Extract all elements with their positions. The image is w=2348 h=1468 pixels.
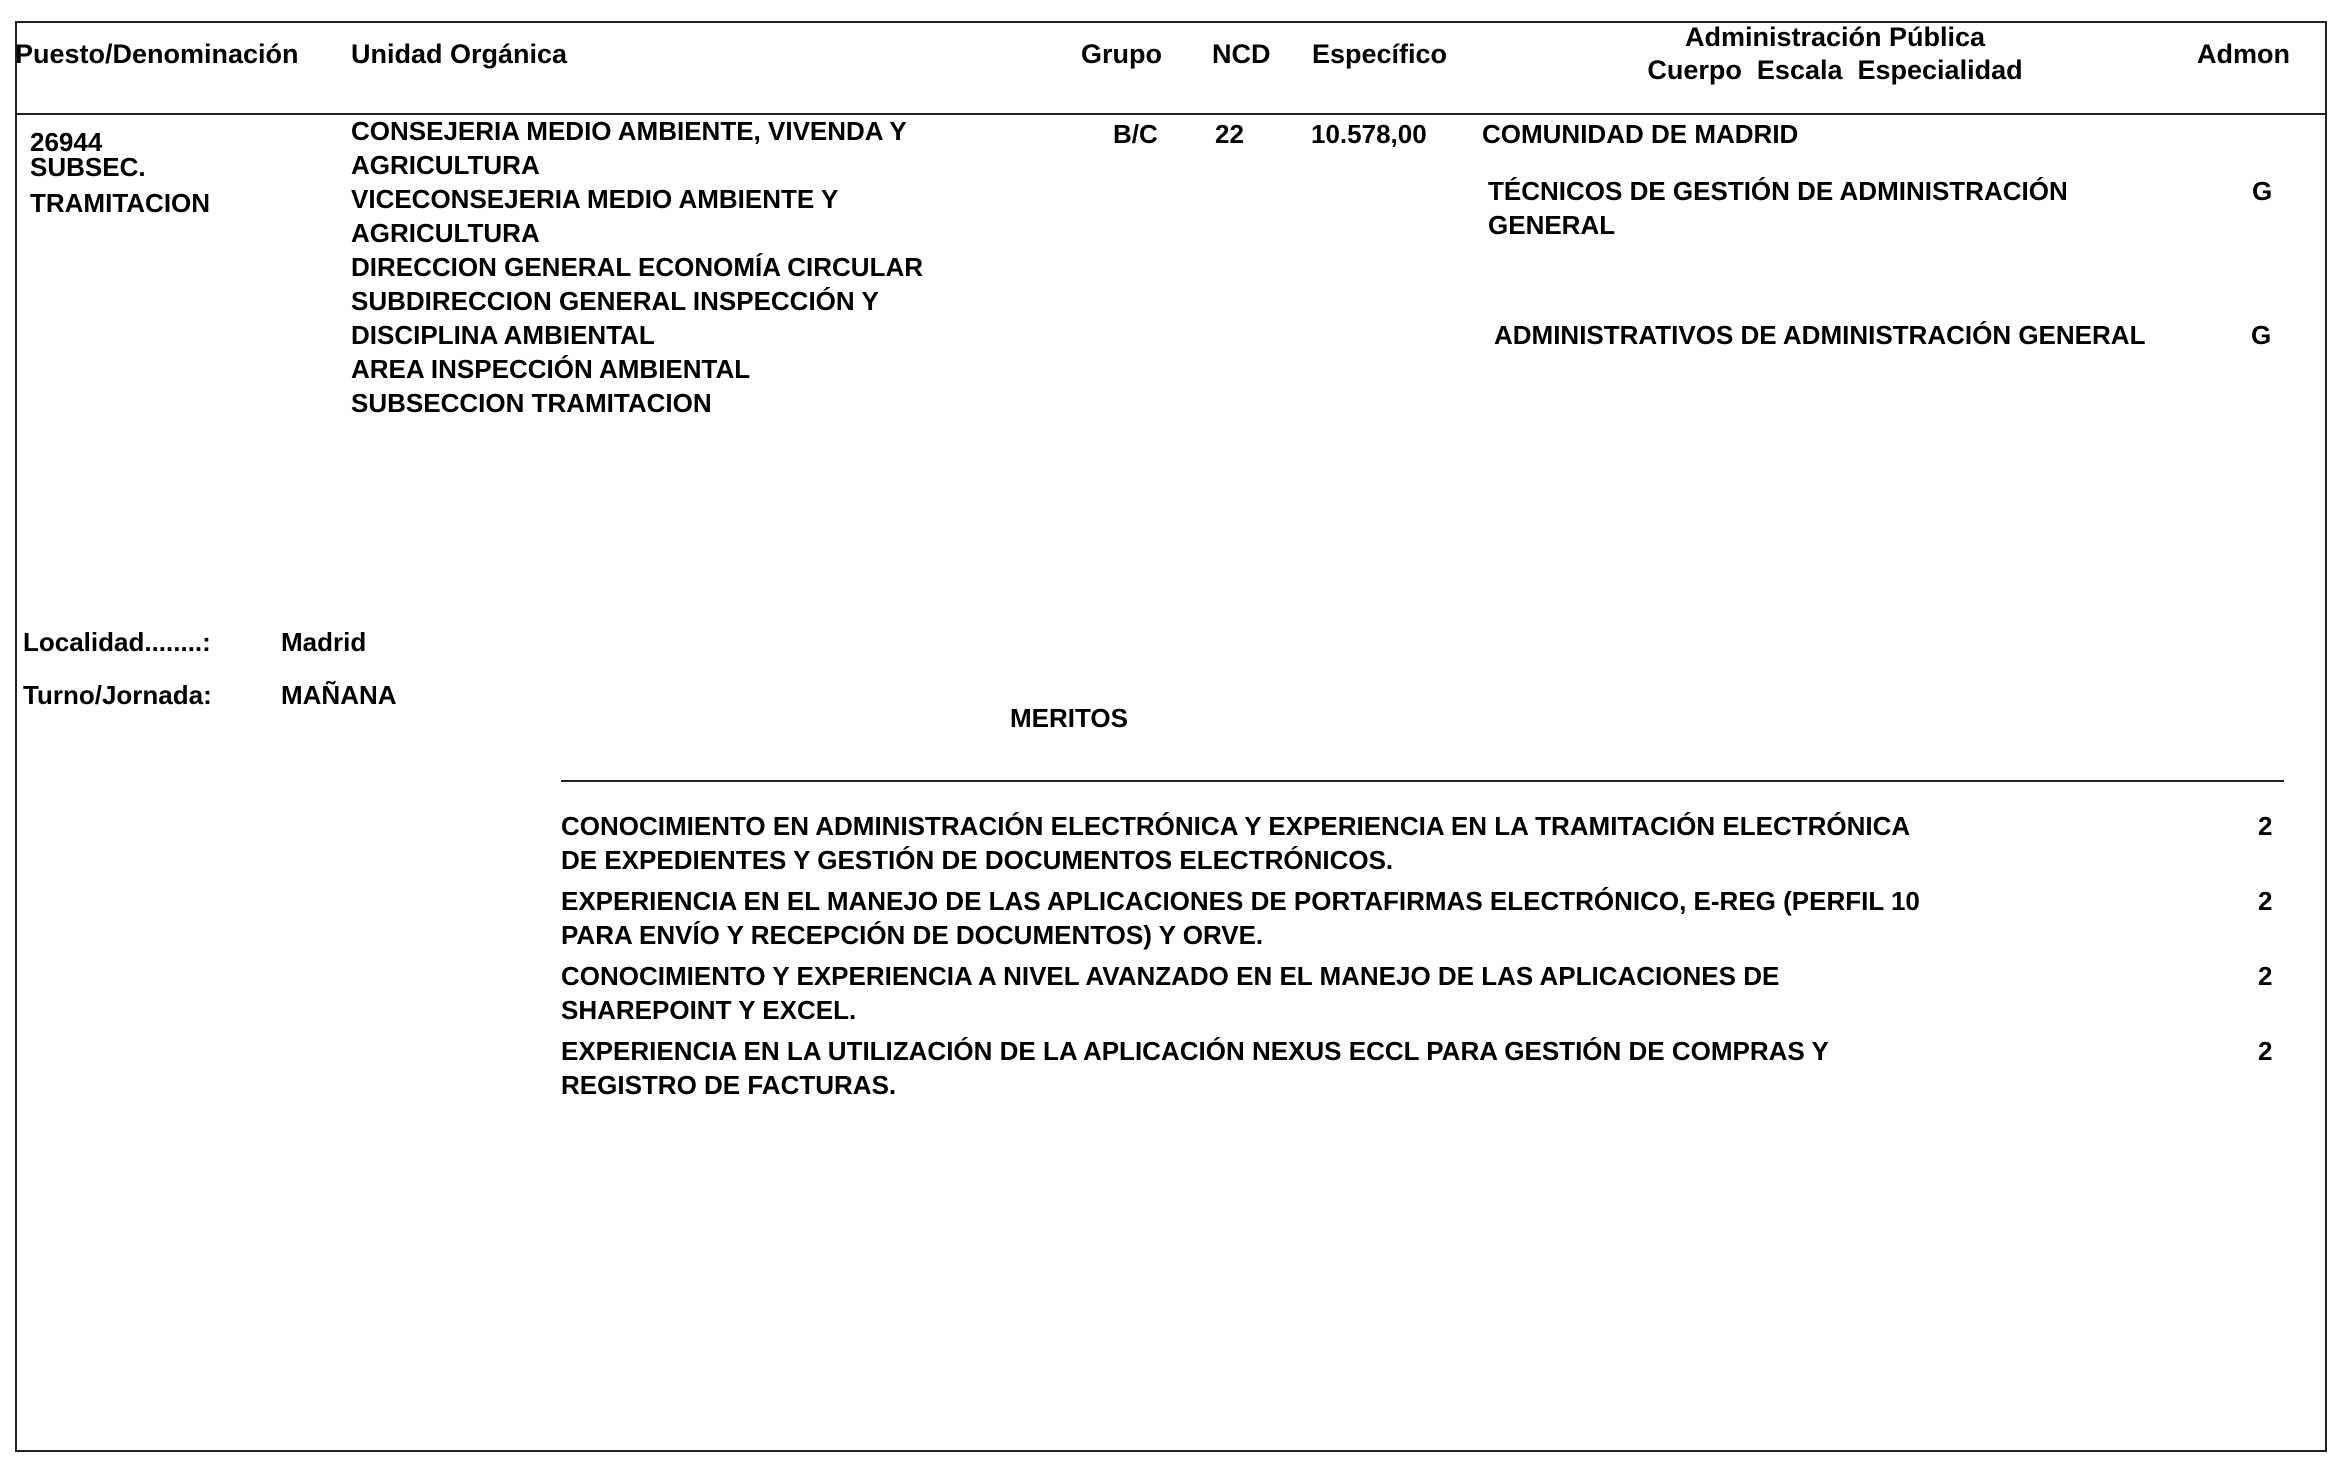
turno-value: MAÑANA — [281, 682, 397, 708]
unidad-organica-line: AREA INSPECCIÓN AMBIENTAL — [351, 352, 923, 386]
cuerpo-1-admon: G — [2252, 178, 2272, 204]
merito-text-line1: EXPERIENCIA EN LA UTILIZACIÓN DE LA APLI… — [561, 1034, 2121, 1068]
header-unidad-organica: Unidad Orgánica — [351, 41, 567, 68]
header-especifico: Específico — [1312, 41, 1447, 68]
localidad-value: Madrid — [281, 629, 366, 655]
merito-text-line2: SHAREPOINT Y EXCEL. — [561, 993, 2121, 1027]
header-ncd: NCD — [1212, 41, 1271, 68]
cuerpo-2-line1: ADMINISTRATIVOS DE ADMINISTRACIÓN GENERA… — [1494, 322, 2145, 348]
merito-text-line2: REGISTRO DE FACTURAS. — [561, 1068, 2121, 1102]
turno-label: Turno/Jornada: — [23, 682, 212, 708]
puesto-denominacion-line1: SUBSEC. — [30, 154, 146, 180]
merito-points: 2 — [2258, 1034, 2272, 1068]
administracion-value: COMUNIDAD DE MADRID — [1482, 121, 1798, 147]
header-cuerpo-escala-especialidad-text: Cuerpo Escala Especialidad — [1647, 55, 2022, 85]
header-administracion-publica: Administración Pública — [1635, 24, 2035, 51]
merito-text-line2: DE EXPEDIENTES Y GESTIÓN DE DOCUMENTOS E… — [561, 843, 2121, 877]
merito-text-line2: PARA ENVÍO Y RECEPCIÓN DE DOCUMENTOS) Y … — [561, 918, 2121, 952]
header-admon: Admon — [2197, 41, 2290, 68]
merito-points: 2 — [2258, 884, 2272, 918]
unidad-organica-line: CONSEJERIA MEDIO AMBIENTE, VIVENDA Y — [351, 114, 923, 148]
cuerpo-2-admon: G — [2251, 322, 2271, 348]
merito-text-line1: CONOCIMIENTO Y EXPERIENCIA A NIVEL AVANZ… — [561, 959, 2121, 993]
header-cuerpo-escala-especialidad: Cuerpo Escala Especialidad — [1635, 57, 2035, 84]
merito-item: EXPERIENCIA EN EL MANEJO DE LAS APLICACI… — [561, 884, 2121, 952]
ncd-value: 22 — [1215, 121, 1244, 147]
merito-item: CONOCIMIENTO EN ADMINISTRACIÓN ELECTRÓNI… — [561, 809, 2121, 877]
grupo-value: B/C — [1113, 121, 1158, 147]
localidad-label: Localidad........: — [23, 629, 211, 655]
merito-item: CONOCIMIENTO Y EXPERIENCIA A NIVEL AVANZ… — [561, 959, 2121, 1027]
cuerpo-1-line2: GENERAL — [1488, 212, 1615, 238]
unidad-organica-line: AGRICULTURA — [351, 216, 923, 250]
merito-points: 2 — [2258, 809, 2272, 843]
meritos-title: MERITOS — [1010, 705, 1128, 731]
unidad-organica-line: AGRICULTURA — [351, 148, 923, 182]
meritos-separator — [561, 780, 2284, 782]
cuerpo-1-line1: TÉCNICOS DE GESTIÓN DE ADMINISTRACIÓN — [1488, 178, 2068, 204]
header-puesto: Puesto/Denominación — [15, 41, 299, 68]
unidad-organica-line: SUBDIRECCION GENERAL INSPECCIÓN Y — [351, 284, 923, 318]
unidad-organica-line: DIRECCION GENERAL ECONOMÍA CIRCULAR — [351, 250, 923, 284]
especifico-value: 10.578,00 — [1311, 121, 1427, 147]
unidad-organica-line: DISCIPLINA AMBIENTAL — [351, 318, 923, 352]
unidad-organica-list: CONSEJERIA MEDIO AMBIENTE, VIVENDA Y AGR… — [351, 114, 923, 420]
merito-item: EXPERIENCIA EN LA UTILIZACIÓN DE LA APLI… — [561, 1034, 2121, 1102]
puesto-denominacion-line2: TRAMITACION — [30, 190, 210, 216]
merito-points: 2 — [2258, 959, 2272, 993]
merito-text-line1: CONOCIMIENTO EN ADMINISTRACIÓN ELECTRÓNI… — [561, 809, 2121, 843]
unidad-organica-line: SUBSECCION TRAMITACION — [351, 386, 923, 420]
unidad-organica-line: VICECONSEJERIA MEDIO AMBIENTE Y — [351, 182, 923, 216]
header-grupo: Grupo — [1081, 41, 1162, 68]
merito-text-line1: EXPERIENCIA EN EL MANEJO DE LAS APLICACI… — [561, 884, 2121, 918]
